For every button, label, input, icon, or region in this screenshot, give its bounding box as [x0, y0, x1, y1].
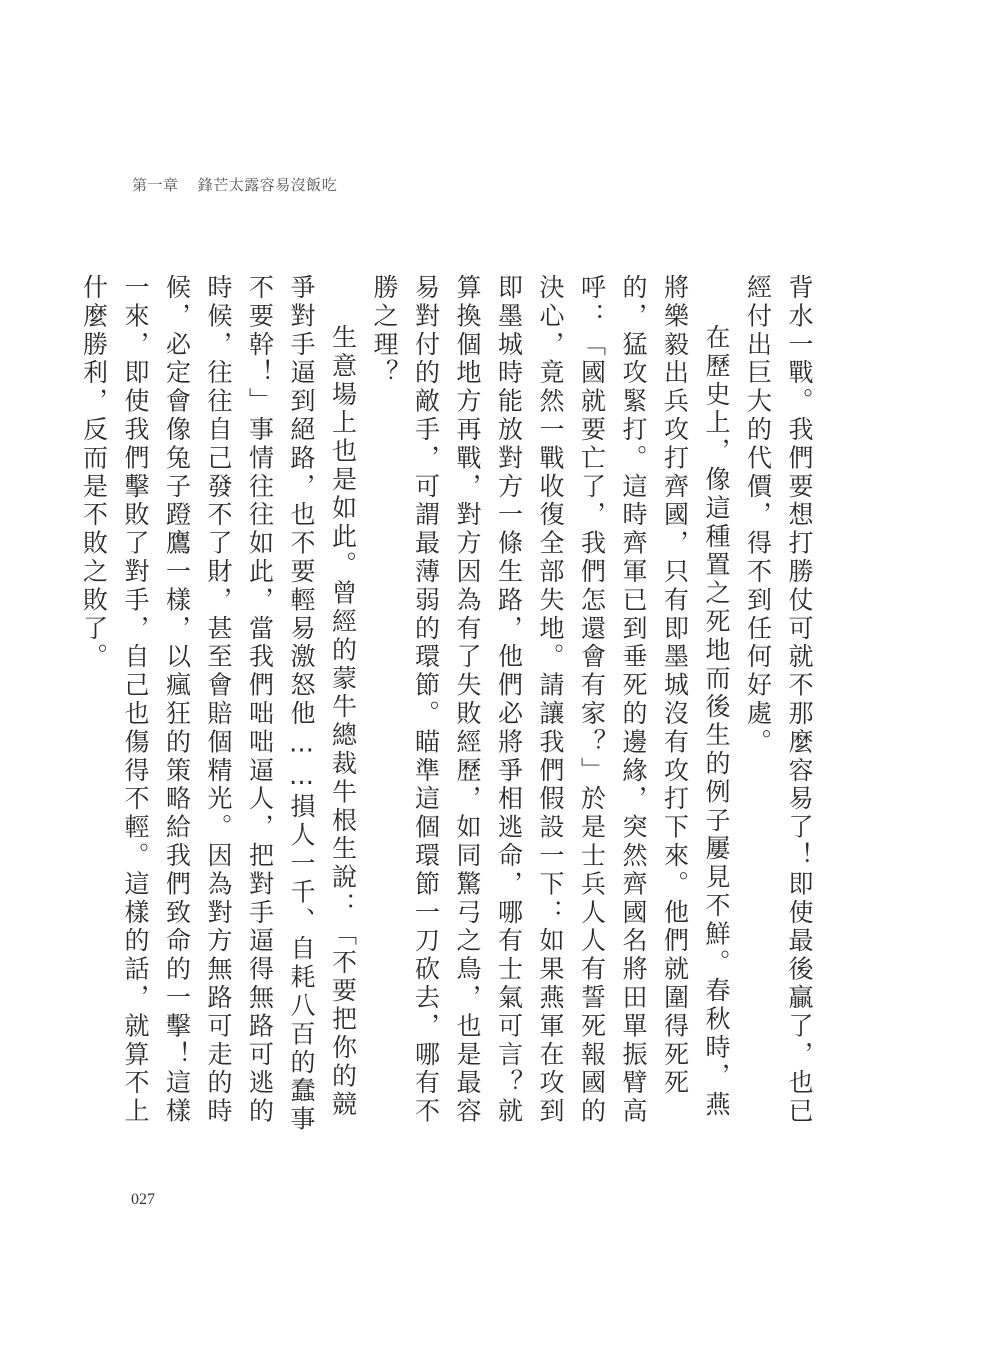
running-header: 第一章 鋒芒太露容易沒飯吃 — [132, 174, 337, 195]
page-number: 027 — [131, 1191, 155, 1209]
chapter-title: 鋒芒太露容易沒飯吃 — [198, 176, 338, 194]
body-text: 背水一戰。我們要想打勝仗可就不那麼容易了！即使最後贏了，也已經付出巨大的代價，得… — [73, 274, 820, 1144]
chapter-number: 第一章 — [132, 176, 179, 194]
paragraph-2: 在歷史上，像這種置之死地而後生的例子屢見不鮮。春秋時，燕將樂毅出兵攻打齊國，只有… — [364, 274, 738, 1144]
paragraph-1: 背水一戰。我們要想打勝仗可就不那麼容易了！即使最後贏了，也已經付出巨大的代價，得… — [737, 274, 820, 1144]
paragraph-3: 生意場上也是如此。曾經的蒙牛總裁牛根生說：「不要把你的競爭對手逼到絕路，也不要輕… — [73, 274, 364, 1144]
